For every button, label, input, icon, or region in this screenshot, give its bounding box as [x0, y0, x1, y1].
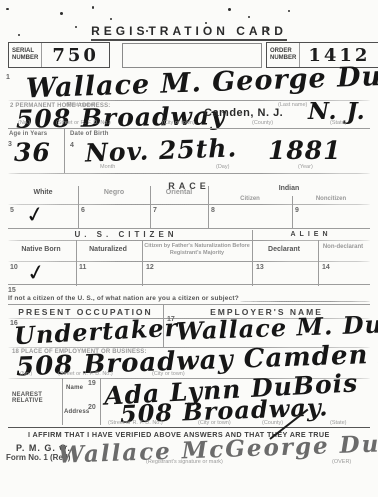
birth-monthday-handwritten: Nov. 25th. [85, 135, 238, 165]
employment-sublabel-no: (No.) [20, 371, 32, 377]
divider [8, 284, 370, 285]
birth-year-handwritten: 1881 [268, 138, 342, 163]
address-sublabel-city: (City or town) [162, 120, 195, 126]
alien-header: ALIEN [252, 231, 370, 238]
relative-sublabel-city: (City or town) [198, 420, 231, 426]
native-born-cell-number: 10 [10, 264, 18, 271]
address-sublabel-no: (No.) [18, 120, 30, 126]
race-indian-noncitizen-cell-number: 9 [295, 207, 299, 214]
relative-sublabel-county: (County) [262, 420, 283, 426]
serial-number-box: SERIAL NUMBER 750 [8, 42, 110, 68]
divider [64, 128, 65, 173]
employer-value-handwritten: Wallace M. DuBois [176, 310, 378, 343]
relative-name-label: Name [66, 385, 83, 391]
naturalized-cell-number: 11 [79, 264, 86, 271]
employment-sublabel-street: (Street or R. F. D. No.) [58, 371, 113, 377]
divider [8, 304, 370, 305]
us-citizen-header: U. S. CITIZEN [0, 230, 252, 239]
age-label: Age in Years [9, 131, 47, 137]
declarant-cell-number: 13 [256, 264, 264, 271]
blank-box [122, 43, 262, 68]
race-negro-cell-number: 6 [81, 207, 85, 214]
relative-sublabel-state: (State) [330, 420, 347, 426]
race-oriental-cell-number: 7 [153, 207, 157, 214]
birth-date-label: Date of Birth [70, 131, 109, 137]
occupation-value-handwritten: Undertaker [13, 316, 178, 349]
citizen-by-father-cell-number: 12 [146, 264, 154, 271]
race-indian-header: Indian [208, 185, 370, 192]
divider [142, 240, 143, 286]
race-indian-citizen-cell-number: 8 [211, 207, 215, 214]
race-white-cell-number: 5 [10, 207, 14, 214]
non-declarant-cell-number: 14 [322, 264, 330, 271]
divider [8, 128, 370, 129]
relative-address-label: Address [64, 409, 89, 415]
home-address-city-stamp: Camden, N. J. [204, 107, 283, 119]
declarant-header: Declarant [252, 246, 316, 253]
address-sublabel-state: (State) [330, 120, 347, 126]
signature-sublabel: (Registrant's signature or mark) [146, 459, 223, 465]
race-oriental-header: Oriental [150, 189, 208, 196]
divider [100, 378, 101, 425]
serial-number-value: 750 [42, 45, 109, 66]
checkmark-icon: ✓ [24, 202, 46, 230]
serial-number-label: SERIAL NUMBER [9, 43, 42, 67]
naturalized-header: Naturalized [76, 246, 140, 253]
divider [8, 228, 370, 229]
relative-name-number: 19 [88, 380, 96, 387]
divider [62, 378, 63, 425]
divider [8, 204, 370, 205]
registration-card-scan: REGISTRATION CARD SERIAL NUMBER 750 ORDE… [0, 0, 378, 497]
nation-question-number: 15 [8, 287, 16, 294]
birth-sublabel-year: (Year) [298, 164, 313, 170]
race-negro-header: Negro [78, 189, 150, 196]
citizen-by-father-header: Citizen by Father's Naturalization Befor… [144, 243, 250, 256]
race-indian-noncitizen-header: Noncitizen [292, 196, 370, 202]
divider [8, 427, 370, 428]
nation-question-text: If not a citizen of the U. S., of what n… [8, 295, 239, 302]
native-born-header: Native Born [8, 246, 74, 253]
divider [8, 173, 370, 174]
birth-sublabel-month: Month [100, 164, 115, 170]
race-indian-citizen-header: Citizen [208, 196, 292, 202]
divider [208, 186, 209, 228]
divider [8, 240, 370, 241]
address-sublabel-street: (Street or R. F. D. No.) [56, 120, 111, 126]
divider [240, 301, 370, 302]
divider [8, 261, 370, 262]
relative-address-number: 20 [88, 404, 96, 411]
birth-sublabel-day: (Day) [216, 164, 229, 170]
employment-sublabel-city: (City or town) [152, 371, 185, 377]
employer-cell-number: 17 [167, 316, 175, 323]
age-value-handwritten: 36 [14, 140, 51, 165]
race-white-header: White [8, 189, 78, 196]
birth-number: 4 [70, 142, 74, 149]
line1-number: 1 [6, 74, 10, 81]
address-sublabel-county: (County) [252, 120, 273, 126]
relative-sublabel-street: (Street or R. F. D. No.) [108, 420, 163, 426]
nearest-relative-header: NEAREST RELATIVE [12, 392, 43, 404]
divider [252, 230, 253, 286]
card-title: REGISTRATION CARD [91, 24, 287, 41]
non-declarant-header: Non-declarant [318, 244, 368, 251]
age-number: 3 [8, 141, 12, 148]
over-label: (OVER) [332, 459, 351, 465]
